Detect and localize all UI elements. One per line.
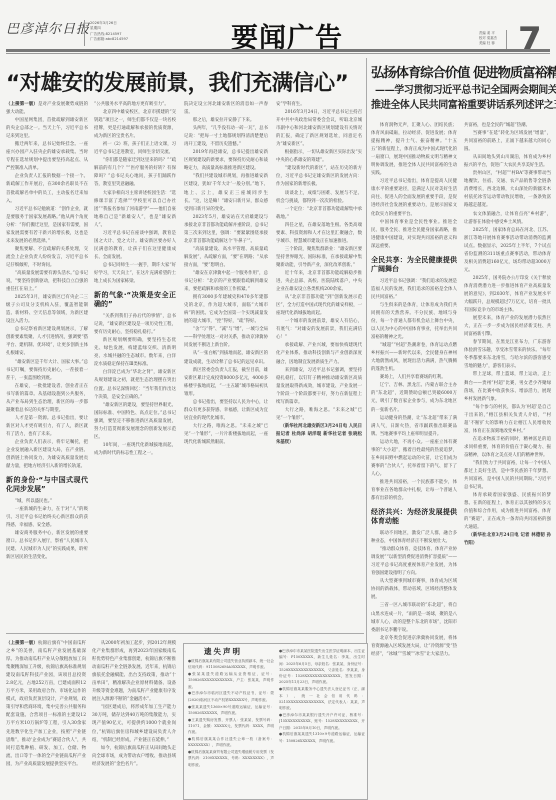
article-paragraph: 联动不同地区，激发广泛人群，融合多种业态，中国体育经济正不断发展壮大。 xyxy=(371,530,457,546)
newspaper-page: 巴彦淖尔日报 2026年3月26日 星期四 广告热线:8214597 广告邮箱:… xyxy=(0,0,556,800)
ad-email: 广告邮箱:abc8214597 xyxy=(90,37,128,42)
article-paragraph: 大行之路，唯海之思。“未来之城”已见“一个雏形”。 xyxy=(276,407,362,423)
article-paragraph: 新区规划纲要明确，要坚持生态优先、绿色发展，构建蓝绿交织、清新明亮、水城共融的生… xyxy=(94,337,176,369)
article-paragraph: 聚焦要解、不宜疏解的关系处理，交流会上企业负责人纷纷发言，习近平总书记仔细倾听，… xyxy=(6,246,88,270)
article-paragraph: 辽宁、吉林、黑龙江、内蒙古联合主办的“东北超”，近期赞助总额已突破6000万元，… xyxy=(371,382,457,414)
section-separator xyxy=(6,633,364,634)
editors-divider xyxy=(506,30,507,50)
article-paragraph: 运动健身的热潮，让“东北超”带来了满满人气，日渐火热，省市踊跃推出联赛品牌。当地… xyxy=(371,415,457,439)
article-paragraph: 根据指示，一切从雄安新区实际出发“实中央的心系雄安的筹建”。 xyxy=(276,149,362,165)
masthead: 巴彦淖尔日报 2026年3月26日 星期四 广告热线:8214597 广告邮箱:… xyxy=(6,8,550,46)
article-paragraph: 2016年3月24日，习近平总书记主持召开中共中央政治局常委会会议，听取北京城市… xyxy=(276,109,362,149)
notice-item: ●杭锦后旗某某服务中心遗失法人登记证书（正、副本），统一社会信用代码：5215X… xyxy=(279,686,365,711)
notice-item: ●杭锦后旗某某商贸有限公司遗失增值税专用发票（发票代码：2100XXXXXX，号… xyxy=(188,749,274,768)
lead-article-column: 院决定设立河北雄安新区的消息如一声春雷。那之后，雄安拉开安静了下来。头两年，“几… xyxy=(184,101,268,631)
notice-item: ●杭锦后旗某某有限公司遗失营业执照副本，统一社会信用代码：91150826MA0… xyxy=(188,658,274,671)
article-paragraph: 在雄安，一批批建设者、创业者正在书写新的篇章。从基础设施到公共服务，从产业布局到… xyxy=(6,383,88,415)
article-subheading: 新的身份·“与中国式现代化同步发展” xyxy=(6,476,88,494)
article-paragraph: 与生俱来的是体育，让体育成为我们共同拥有的天然营养。不分民族、地域与身份，每一个… xyxy=(371,302,457,342)
continuation-article-column: （上接第一版）杭锦后旗有“中国南瓜籽之乡”的美誉，南瓜籽产业发展基础深厚。为推动… xyxy=(6,640,86,798)
article-paragraph: 10年间，一座现代化新城拔地而起，成为新时代的标志性工程之一。 xyxy=(94,442,176,458)
article-paragraph: 北京冬奥会促进京津冀协同发展，将体育资源融入区域发展大局，让“冷资源”变“热经济… xyxy=(371,635,457,659)
article-paragraph: “高质量建设、高水平管理、高质量疏解发展”，从疏解方面，“要”在明路；“从承接方… xyxy=(184,246,268,270)
right-article-subheadline: 推进全体人民共同富裕重要讲话系列述评之五 xyxy=(371,96,556,111)
article-paragraph: 安”学科育生。 xyxy=(276,101,362,109)
notice-column: ●巴彦淖尔市某某医院遗失出生医学证明副本，出生证编号：P150XXXXX，新生儿… xyxy=(279,648,365,798)
article-paragraph: “高质量发展需要有源头活水。”总书记说，“要坚持创新驱动，把科技自立自强的重任扛… xyxy=(6,270,88,294)
right-article-headline: 弘扬体育综合价值 促进物质富裕精神富足 xyxy=(371,62,556,81)
article-paragraph: 带上足球，带上篮球，带上运动，走上舞台——贵州“村超”比赛，男女老少齐聚绿茵场，… xyxy=(464,371,551,403)
article-paragraph: 体育润物无声，汇聚人心、团结民族；体育风雨砥砺，拉动经济、促进发展；体育提振精神… xyxy=(371,122,457,178)
article-paragraph: 总书记指出，要坚持以人民为中心，让群众有更多获得感、幸福感，让新区成为宜居宜业的… xyxy=(184,399,268,423)
article-paragraph: 2025年，国家体育总局在河北、江苏、浙江等地开展体育赛事活动带动消费的监测试点… xyxy=(464,227,551,275)
article-paragraph: 一个城市的发展前景，雄安人有信心，有底气：“对雄安的发展前景，我们充满信心！” xyxy=(276,318,362,342)
article-paragraph: 2019年再赴雄安，总书记提出雄安新区规划建设的新要求，要保持历史耐心和战略定力… xyxy=(184,149,268,173)
article-paragraph: （上接第一版）是对产业发展聚势成链的强大动能。 xyxy=(6,101,88,117)
article-paragraph: 企业负责人们表示，将牢记嘱托，把企业发展融入新区建设大局，在产业链、创新链上协同… xyxy=(6,439,88,471)
article-paragraph: 中国星网集团，首批疏解到雄安新区的央企总部之一。当天上午，习近平总书记来到这里。 xyxy=(6,117,88,141)
article-paragraph: 如今，杭锦后旗南瓜籽正从田间地头走向全球市场，成为带动农户增收、推动县域经济发展… xyxy=(92,745,176,769)
article-paragraph: “公共服务水平高的地方更有吸引力”。 xyxy=(94,101,176,109)
article-paragraph: 雄安商务服务中心，新区发展的重要窗口。总书记步入展厅，察看“人民城市人民建、人民… xyxy=(6,530,88,562)
article-paragraph: 北京四中雄安校区，北京市援建的“交钥匙”项目之一，师生们都不仅是一块名校招牌，更… xyxy=(94,109,176,141)
article-paragraph: 从“北京非首都功能”到“创新发展示范区”，全力打造中国式现代化的雄安样板，一座现… xyxy=(276,294,362,318)
article-paragraph: 共富裕，也是全民的“城超”热潮。 xyxy=(464,122,551,130)
article-paragraph: 推进共同富裕，一个民族都不能少，体育事业在各地群众中扎根，让每一个普通人都有出彩… xyxy=(371,479,457,503)
article-paragraph: “每个参与的村民，都认为‘村超’是自己干出来的，”榕江县相关负责人介绍，“‘村超… xyxy=(464,404,551,436)
lead-article-headline: “对雄安的发展前景，我们充满信心” xyxy=(6,66,348,97)
masthead-divider xyxy=(84,20,85,46)
editor-line: 美编 杜 蓉 xyxy=(479,41,497,46)
article-paragraph: 在追求物质丰裕的同时，精神富足的追求同样重要，体育的价值在于凝心聚力、振奋精神，… xyxy=(464,436,551,460)
article-paragraph: “城，所以盛民也。” xyxy=(6,498,88,506)
editor-credits: 责编 姜 平 校对 梁嘉杰 美编 杜 蓉 xyxy=(479,31,497,46)
article-paragraph: 三个阶段，聚焦集群新业：“雄安新区要坚持世界眼光、国际标准，在承接疏解中集聚新动… xyxy=(276,246,362,270)
header-rule-thick xyxy=(6,49,550,52)
masthead-meta: 2026年3月26日 星期四 广告热线:8214597 广告邮箱:abc8214… xyxy=(90,21,128,43)
article-paragraph: 习近平总书记强调：“我们追求的发展是造福人民的发展，我们追求的富裕是全体人民共同… xyxy=(371,278,457,302)
article-paragraph: 承接疏解、产业兴城，要加快构建现代化产业体系。推动科技创新与产业创新深度融合，因… xyxy=(276,342,362,366)
article-paragraph: “建设新时代的新区”，站在历史的新方位，习近平总书记定雄安新区的发展方向：作为国… xyxy=(276,165,362,189)
article-paragraph: 拥有3000多年建城史和470多年建都史的北京，作为超大城市，面临“大城市病”的… xyxy=(184,294,268,326)
article-paragraph: “关系到我们子孙后代的事情”，总书记说，“雄安新区建设是一项历史性工程，要有历史… xyxy=(94,313,176,337)
notice-item: ●巴彦淖尔市临河区遗失不动产权证书，证号：蒙(2020)临河区不动产权第XXXX… xyxy=(188,690,274,703)
continued-from-label: （上接第一版） xyxy=(6,102,38,107)
notice-item: ●杭锦后旗某某遗失1310×9号道路运输证，运输证号：150826XXXXXX，… xyxy=(279,731,365,744)
article-paragraph: “雄安在京津冀中起一个服务作用”，总书记分析：“北京的产业要跟着疏解到雄安来，要… xyxy=(184,270,268,294)
article-paragraph: 那之后，雄安拉开安静了下来。 xyxy=(184,117,268,125)
article-paragraph: 农文体旅融合，让体育点亮“乡村游”，让游客在体验中感受乡土风情。 xyxy=(464,211,551,227)
article-byline: （新华社北京3月24日电 记者 林德韧 孙竹阳） xyxy=(464,532,551,548)
lead-article-column: 安”学科育生。2016年3月24日，习近平总书记主持召开中共中央政治局常委会会议… xyxy=(276,101,362,631)
header-rule-thin xyxy=(6,53,550,54)
article-paragraph: 习近平总书记指出，体育是提高人民健康水平的重要途径，是满足人民对美好生活向往、促… xyxy=(371,178,457,218)
article-paragraph: 一个定位：“北京非首都功能疏解集中承载地。” xyxy=(276,206,362,222)
article-paragraph: “推动群众体育、竞技体育、体育产业协调发展”“以新型消费促进消费扩容提质”——习… xyxy=(371,546,457,578)
article-subheading: 经济共兴：为经济发展提供体育动能 xyxy=(371,508,457,526)
notice-item: ●王某遗失购房发票，开票人：张某某，发票号码：11071，金额：XXXXX元，发… xyxy=(188,717,274,736)
notice-item: ●张某某遗失道路运输从业资格证，证号：150826XXXXXXXXXXXX，户主… xyxy=(188,671,274,690)
lost-notice-box: 遗失声明 ●杭锦后旗某某有限公司遗失营业执照副本，统一社会信用代码：911508… xyxy=(183,643,368,800)
article-paragraph: “舍”与“得”、“减”与“增”，一城与全局——科学处理这一对对关系，推动京津冀协… xyxy=(184,326,268,350)
article-paragraph: （上接第一版）杭锦后旗有“中国南瓜籽之乡”的美誉，南瓜籽产业发展基础深厚。为推动… xyxy=(6,640,86,769)
article-paragraph: “城超”“村超”热潮席卷，体育运动点燃乡村振兴——新时代以来，全民健身在神州大地… xyxy=(371,342,457,374)
article-paragraph: 赛场上，人们共享着赛场的红利。 xyxy=(371,374,457,382)
page-number: 7 xyxy=(518,20,542,60)
notice-item: ●张某某遗失1360×90号道路运输证，运输证号：150826XXXXXX，声明… xyxy=(188,704,274,717)
article-paragraph: 中国体育事业是全民性事业。推进全民、服务全民、推进全民健身国家战略，推进健康中国… xyxy=(371,219,457,251)
article-paragraph: “雄安新区的建设，要坚持世界眼光、国际标准、中国特色、高点定位。”总书记强调，要… xyxy=(94,402,176,442)
article-subheading: 新的气象·“决策是安全正确的” xyxy=(94,291,176,309)
lead-article-column: “公共服务水平高的地方更有吸引力”。北京四中雄安校区，北京市援建的“交钥匙”项目… xyxy=(94,101,176,631)
article-paragraph: 2025年，国务院办公厅印发《关于释放体育消费潜力进一步推进体育产业高质量发展的… xyxy=(464,275,551,315)
article-paragraph: 四任之星，在雄安落地生根。各类高端要素、科技资源和人才在这里汇聚融合，数字城市、… xyxy=(276,222,362,246)
right-article-subheadline: ——学习贯彻习近平总书记全国两会期间关于 xyxy=(375,81,556,96)
continued-from-label: （上接第一版） xyxy=(6,641,38,646)
lead-article-column: （上接第一版）是对产业发展聚势成链的强大动能。中国星网集团，首批疏解到雄安新区的… xyxy=(6,101,88,631)
continuation-article-column: 从2000年初加工起步，到2012年规模化产业集群形成，再到2023年国家级南瓜… xyxy=(92,640,176,798)
article-paragraph: 2025年3月，雄安新区已有央企二三级子公司及分支机构入驻，覆盖智能制造、新材料… xyxy=(6,294,88,326)
article-paragraph: 总书记察看新区建设规划展示，了解创新要素集聚、人才引进情况，强调要“搭平台、建机… xyxy=(6,326,88,358)
article-paragraph: 习近平总书记勉励道：“创作企业，就是要服务于国家发展战略。”他从两个角度分析：“… xyxy=(6,206,88,246)
article-paragraph: 近十年来，北京非首都功能疏解稳步推进，央企总部、高校、医院陆续落户，中央企业在雄… xyxy=(276,270,362,294)
article-paragraph: 一座新城的生命力，在于对“人”的吸引。习近平总书记始终关心新区群众的获得感、幸福… xyxy=(6,506,88,530)
article-paragraph: “园区建成后，将形成年加工生产能力30万吨，储存达到40万吨的集散能力，实现产值… xyxy=(92,704,176,744)
article-paragraph: 人才是第一资源。总书记指出，要让新区对人才更有吸引力，有了人，新区就有了活力，也… xyxy=(6,415,88,439)
article-paragraph: 新区管委会负责人汇报，截至目前，雄安新区累计完成投资8000多亿元，4000多栋… xyxy=(184,367,268,399)
article-paragraph: “我们致力于共同富裕，让每一个中国人都过上美好生活，是中华民族的千年梦想。共同富… xyxy=(464,460,551,492)
article-paragraph: 初一（2）班，孩子们正上语文课，习近平总书记走进教室，同师生亲切交流。 xyxy=(94,141,176,157)
article-paragraph: 总书记同师生一一握手，期许大家“好好学习，天天向上”，在这片充满希望的土地上成长… xyxy=(94,262,176,286)
notice-item: ●巴彦淖尔市某某银行遗失开户许可证，核准号：J15XXXXXXXXXX，账号：1… xyxy=(279,712,365,731)
article-paragraph: 头两年，“几乎没有动一砖一瓦”，总书记说：“把每一寸土地都规划得清清楚楚后再开工… xyxy=(184,125,268,149)
article-paragraph: “雄安新区是千年大计、国家大事。”总书记叮嘱，要保持历史耐心，一茬接着一茬干，一… xyxy=(6,359,88,383)
article-paragraph: 贵州山区，“村超”“村BA”等赛事带动当地餐饮、住宿、交通、农产品销售等全链条消… xyxy=(464,170,551,210)
article-paragraph: 搬迁两年来，总书记始终挂念。一座座兴办园产入驻央企的雄安承载集。当时专程在选址规… xyxy=(6,141,88,173)
notice-item: ●巴彦淖尔市某某医院遗失出生医学证明副本，出生证编号：P150XXXXX，新生儿… xyxy=(279,648,365,686)
article-paragraph: 当赛事“在延”转化为区域发展“增量”，共同富裕的前路上，正涌下越来越大的同心圆。 xyxy=(464,130,551,154)
article-paragraph: 白洋淀已成为“华北之肾”，雄安新区从规划建设之初，就把生态治理摆在突出位置。总书… xyxy=(94,369,176,401)
article-paragraph: 运动大地，不再小众。一座座立体有赛事的“大小超”，搬着百姓最纯的热爱追梦，在乡间… xyxy=(371,439,457,479)
article-paragraph: 展望未来，体育产业的发展潜力依然巨大，正在一步一步成为国民经济新支柱、共同富裕新… xyxy=(464,315,551,339)
article-paragraph: “你们都是随家迁到这里来的吗？”“疏解前的有几个？”“医疗服务的好转？有保障吗？… xyxy=(94,157,176,189)
article-paragraph: 2023年5月，雄安站在天府雄建设与承接北京非首都功能疏解并重阶段，总书记第三次… xyxy=(184,214,268,246)
article-paragraph: 企业负责人汇报的数据一个接一个。新疏解工作开展后，在300余名职员不在首批疏解名… xyxy=(6,173,88,205)
article-paragraph: 大行之路，唯海之思。“未来之城”已见“一个雏形”，一片片新楼拔地而起，一座现代化… xyxy=(184,423,268,447)
article-paragraph: 来到雄安，习近平总书记强调，要坚持稳扎稳打，以钉钉子精神推动雄安新区高质量发展取… xyxy=(276,367,362,407)
article-paragraph: 从“一张白纸”到拔地而起，雄安新区的建设成就，生动诠释了总书记的远见卓识。 xyxy=(184,350,268,366)
article-paragraph: 从2000年初加工起步，到2012年规模化产业集群形成，再到2023年国家级南瓜… xyxy=(92,640,176,704)
notice-column: ●杭锦后旗某某有限公司遗失营业执照副本，统一社会信用代码：91150826MA0… xyxy=(188,658,274,798)
right-article-column: 共富裕，也是全民的“城超”热潮。当赛事“在延”转化为区域发展“增量”，共同富裕的… xyxy=(464,122,551,798)
newspaper-logo: 巴彦淖尔日报 xyxy=(6,18,90,37)
article-paragraph: 习近平总书记在座谈中强调，教育是国之大计、党之大计。雄安新区要办好人民满意的教育… xyxy=(94,230,176,262)
article-paragraph: 从田间地头到山川湖泊，体育成为乡村振兴的平台，促进广大农民共享美好生活。 xyxy=(464,154,551,170)
article-paragraph: 三省一区八城市联动的“东北超”，将自山黑水连成一片，“雨的是一场球，聚的是八城市… xyxy=(371,602,457,634)
notice-item: ●杭锦后旗某某合作社遗失公章一枚（备案号：XXXXXXXX），声明作废。 xyxy=(188,736,274,749)
article-paragraph: 大家争相向习主席讲述校园生活：“选修课丰富了选择”“学校里可以自己办社团”“我报… xyxy=(94,190,176,230)
notice-title: 遗失声明 xyxy=(184,646,262,657)
article-paragraph: 谈谈北上，成绩与困难、发展与不足、机会与挑战，都得到一次次的检验。 xyxy=(276,190,362,206)
article-paragraph: 从大型赛事到城市赛事，体育成为区域协同的新载体，带动省域、区域经济整体发展。 xyxy=(371,578,457,602)
article-paragraph: “我们共建设城市规划，再推进雄安新区建设，犹如‘千年大计’一般分别。”地下、地上… xyxy=(184,173,268,213)
article-paragraph: 体育承载着国家强盛、民族振兴的梦想。在新的征程上，体育正以其独特的多元价值和综合… xyxy=(464,492,551,532)
article-byline: （新华社河北雄安新区3月24日电 人民日报记者 杜尚泽 胡洋琨 新华社记者 张晓… xyxy=(276,423,362,447)
article-paragraph: 院决定设立河北雄安新区的消息如一声春雷。 xyxy=(184,101,268,117)
article-subheading: 全民共享：为全民健康提供广阔舞台 xyxy=(371,256,457,274)
right-article-column: 体育润物无声，汇聚人心、团结民族；体育风雨砥砺，拉动经济、促进发展；体育提振精神… xyxy=(371,122,457,798)
article-paragraph: 春节期间，在黑龙江亚布力，广东游客体验滑雪乐趣，享受冰雪带来的快乐。“每年冬季都… xyxy=(464,339,551,371)
